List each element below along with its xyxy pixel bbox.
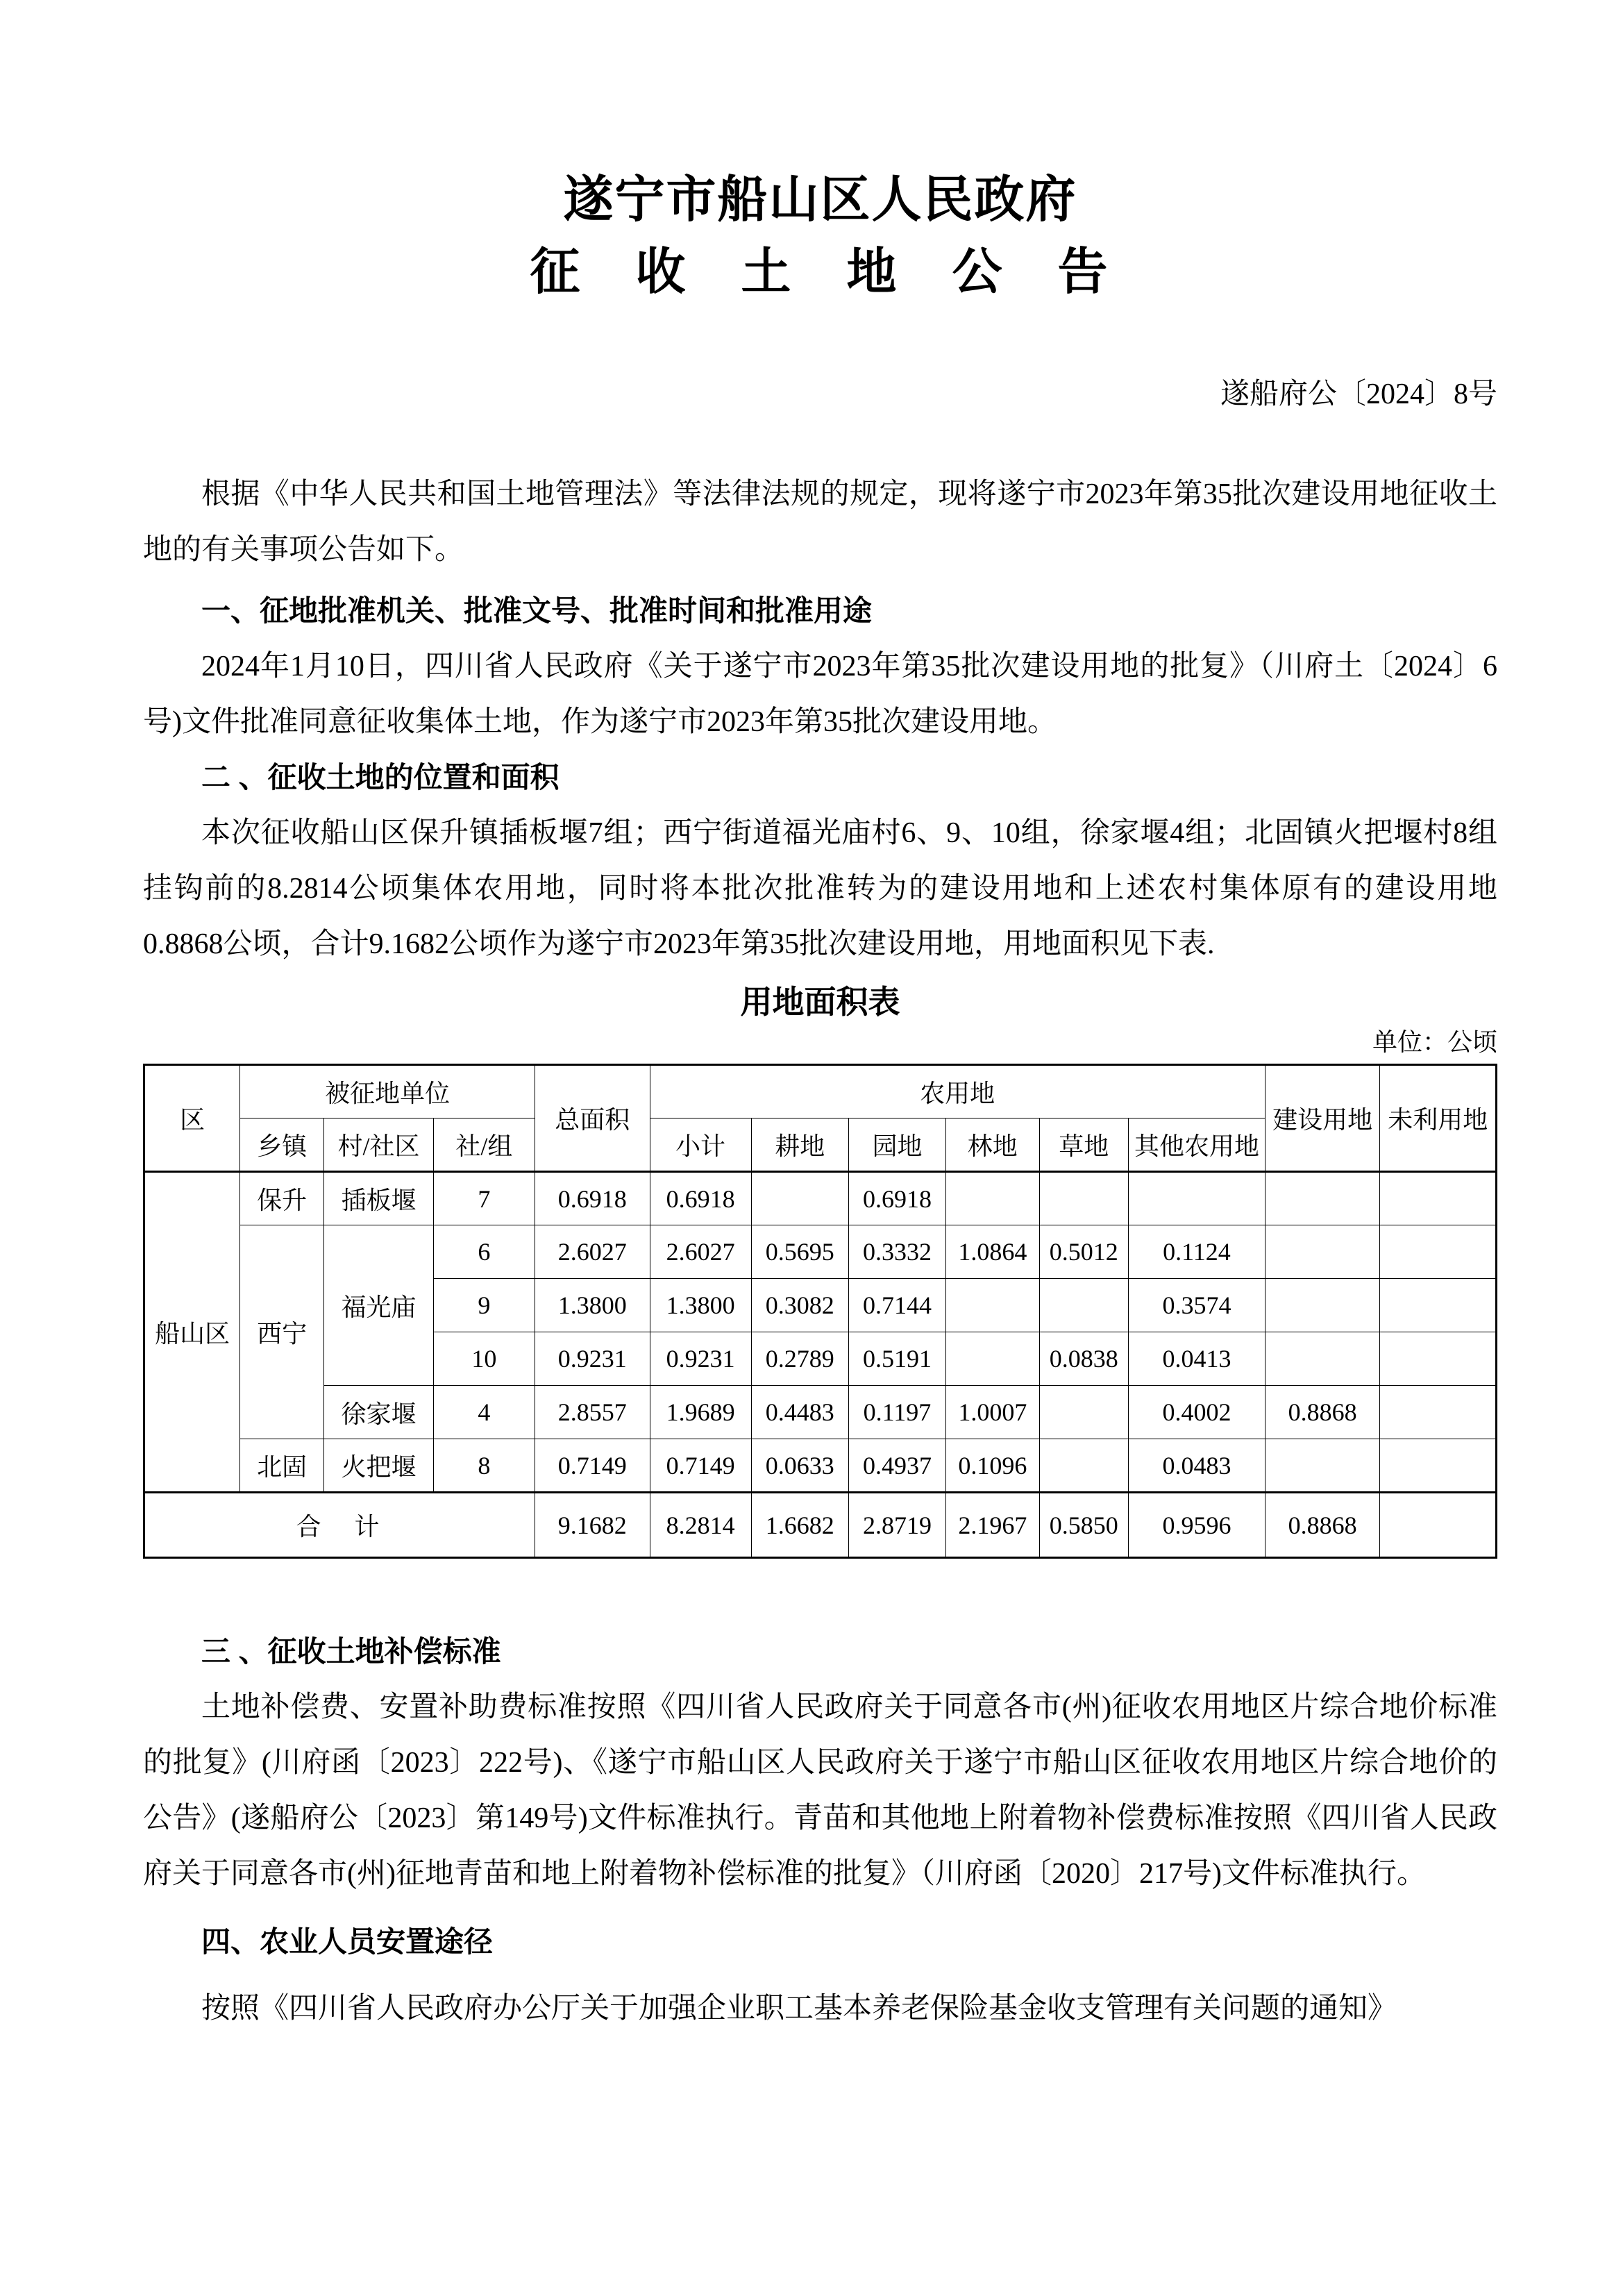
table-cell: 10 — [433, 1332, 535, 1386]
table-cell: 0.1124 — [1129, 1225, 1265, 1279]
table-cell: 9.1682 — [535, 1493, 650, 1558]
table-cell — [1380, 1332, 1497, 1386]
section-3-body: 土地补偿费、安置补助费标准按照《四川省人民政府关于同意各市(州)征收农用地区片综… — [143, 1679, 1497, 1902]
page-title: 遂宁市船山区人民政府 — [143, 171, 1497, 229]
table-cell: 0.5695 — [751, 1225, 848, 1279]
table-cell: 被征地单位 — [240, 1065, 535, 1118]
table-cell: 其他农用地 — [1129, 1118, 1265, 1172]
page-content: 遂宁市船山区人民政府 征 收 土 地 公 告 遂船府公〔2024〕8号 根据《中… — [0, 171, 1623, 2036]
table-cell — [1380, 1386, 1497, 1439]
table-cell: 4 — [433, 1386, 535, 1439]
table-cell: 8 — [433, 1439, 535, 1493]
table-cell: 1.3800 — [650, 1279, 751, 1332]
table-cell: 0.6918 — [650, 1172, 751, 1225]
table-cell: 1.3800 — [535, 1279, 650, 1332]
land-area-table: 区被征地单位总面积农用地建设用地未利用地乡镇村/社区社/组小计耕地园地林地草地其… — [143, 1064, 1497, 1559]
table-cell: 福光庙 — [324, 1225, 434, 1386]
table-cell: 建设用地 — [1265, 1065, 1380, 1172]
table-row: 合 计9.16828.28141.66822.87192.19670.58500… — [144, 1493, 1497, 1558]
table-cell: 1.0864 — [946, 1225, 1039, 1279]
table-cell — [1265, 1172, 1380, 1225]
table-row: 西宁福光庙62.60272.60270.56950.33321.08640.50… — [144, 1225, 1497, 1279]
table-cell: 徐家堰 — [324, 1386, 434, 1439]
table-cell: 船山区 — [144, 1172, 240, 1493]
table-cell: 0.0483 — [1129, 1439, 1265, 1493]
section-4-body: 按照《四川省人民政府办公厅关于加强企业职工基本养老保险基金收支管理有关问题的通知… — [143, 1981, 1497, 2036]
table-cell — [751, 1172, 848, 1225]
table-cell: 0.4002 — [1129, 1386, 1265, 1439]
table-cell — [1380, 1439, 1497, 1493]
table-cell — [1380, 1172, 1497, 1225]
table-unit-note: 单位：公顷 — [143, 1026, 1497, 1058]
table-cell — [946, 1279, 1039, 1332]
intro-paragraph: 根据《中华人民共和国土地管理法》等法律法规的规定，现将遂宁市2023年第35批次… — [143, 467, 1497, 578]
table-cell: 0.8868 — [1265, 1386, 1380, 1439]
table-row: 区被征地单位总面积农用地建设用地未利用地 — [144, 1065, 1497, 1118]
table-cell: 0.3082 — [751, 1279, 848, 1332]
table-cell: 9 — [433, 1279, 535, 1332]
table-cell: 0.4483 — [751, 1386, 848, 1439]
page-subtitle: 征 收 土 地 公 告 — [143, 243, 1497, 301]
table-cell — [946, 1172, 1039, 1225]
table-cell: 0.0633 — [751, 1439, 848, 1493]
table-cell: 0.9231 — [535, 1332, 650, 1386]
document-number: 遂船府公〔2024〕8号 — [143, 378, 1497, 411]
table-cell — [1265, 1332, 1380, 1386]
table-row: 北固火把堰80.71490.71490.06330.49370.10960.04… — [144, 1439, 1497, 1493]
table-title: 用地面积表 — [143, 980, 1497, 1023]
table-cell — [1380, 1493, 1497, 1558]
table-cell: 0.5012 — [1039, 1225, 1129, 1279]
table-cell — [1039, 1279, 1129, 1332]
table-row: 徐家堰42.85571.96890.44830.11971.00070.4002… — [144, 1386, 1497, 1439]
table-cell: 0.2789 — [751, 1332, 848, 1386]
table-cell: 草地 — [1039, 1118, 1129, 1172]
table-cell: 社/组 — [433, 1118, 535, 1172]
table-cell: 乡镇 — [240, 1118, 324, 1172]
table-cell: 8.2814 — [650, 1493, 751, 1558]
table-cell — [1380, 1225, 1497, 1279]
table-cell: 0.6918 — [535, 1172, 650, 1225]
table-cell: 1.6682 — [751, 1493, 848, 1558]
table-row: 船山区保升插板堰70.69180.69180.6918 — [144, 1172, 1497, 1225]
table-cell — [1265, 1225, 1380, 1279]
table-cell — [1265, 1439, 1380, 1493]
table-cell: 0.3332 — [848, 1225, 945, 1279]
table-cell — [946, 1332, 1039, 1386]
table-cell — [1039, 1386, 1129, 1439]
table-cell: 1.9689 — [650, 1386, 751, 1439]
table-cell: 0.8868 — [1265, 1493, 1380, 1558]
table-cell: 0.0413 — [1129, 1332, 1265, 1386]
table-cell: 2.8719 — [848, 1493, 945, 1558]
table-cell: 2.1967 — [946, 1493, 1039, 1558]
section-1-body: 2024年1月10日，四川省人民政府《关于遂宁市2023年第35批次建设用地的批… — [143, 639, 1497, 750]
section-2-body: 本次征收船山区保升镇插板堰7组；西宁街道福光庙村6、9、10组，徐家堰4组；北固… — [143, 805, 1497, 972]
table-cell: 总面积 — [535, 1065, 650, 1172]
table-cell: 插板堰 — [324, 1172, 434, 1225]
section-3-heading: 三 、征收土地补偿标准 — [143, 1624, 1497, 1679]
table-cell: 0.6918 — [848, 1172, 945, 1225]
table-cell: 西宁 — [240, 1225, 324, 1439]
section-1-heading: 一、征地批准机关、批准文号、批准时间和批准用途 — [143, 583, 1497, 639]
table-cell: 7 — [433, 1172, 535, 1225]
table-cell: 0.0838 — [1039, 1332, 1129, 1386]
table-cell: 小计 — [650, 1118, 751, 1172]
table-cell: 北固 — [240, 1439, 324, 1493]
table-cell — [1129, 1172, 1265, 1225]
table-cell: 0.1096 — [946, 1439, 1039, 1493]
section-4-heading: 四、农业人员安置途径 — [143, 1914, 1497, 1970]
table-cell: 0.7149 — [535, 1439, 650, 1493]
table-cell: 2.6027 — [535, 1225, 650, 1279]
section-2-heading: 二 、征收土地的位置和面积 — [143, 750, 1497, 805]
table-cell: 0.1197 — [848, 1386, 945, 1439]
table-cell: 0.9231 — [650, 1332, 751, 1386]
announcement-page: 遂宁市船山区人民政府 征 收 土 地 公 告 遂船府公〔2024〕8号 根据《中… — [0, 0, 1623, 2296]
table-cell: 区 — [144, 1065, 240, 1172]
table-cell: 林地 — [946, 1118, 1039, 1172]
table-cell: 2.8557 — [535, 1386, 650, 1439]
table-cell: 1.0007 — [946, 1386, 1039, 1439]
table-cell: 0.3574 — [1129, 1279, 1265, 1332]
table-cell: 0.5191 — [848, 1332, 945, 1386]
table-cell: 园地 — [848, 1118, 945, 1172]
table-cell — [1265, 1279, 1380, 1332]
table-cell — [1380, 1279, 1497, 1332]
table-cell — [1039, 1172, 1129, 1225]
table-cell: 6 — [433, 1225, 535, 1279]
table-cell: 0.7149 — [650, 1439, 751, 1493]
table-cell: 2.6027 — [650, 1225, 751, 1279]
table-cell: 农用地 — [650, 1065, 1265, 1118]
table-cell: 0.4937 — [848, 1439, 945, 1493]
table-cell: 耕地 — [751, 1118, 848, 1172]
table-cell: 火把堰 — [324, 1439, 434, 1493]
table-cell: 合 计 — [144, 1493, 535, 1558]
table-cell: 村/社区 — [324, 1118, 434, 1172]
table-cell — [1039, 1439, 1129, 1493]
table-cell: 0.9596 — [1129, 1493, 1265, 1558]
table-cell: 0.5850 — [1039, 1493, 1129, 1558]
table-cell: 未利用地 — [1380, 1065, 1497, 1172]
table-cell: 0.7144 — [848, 1279, 945, 1332]
table-cell: 保升 — [240, 1172, 324, 1225]
